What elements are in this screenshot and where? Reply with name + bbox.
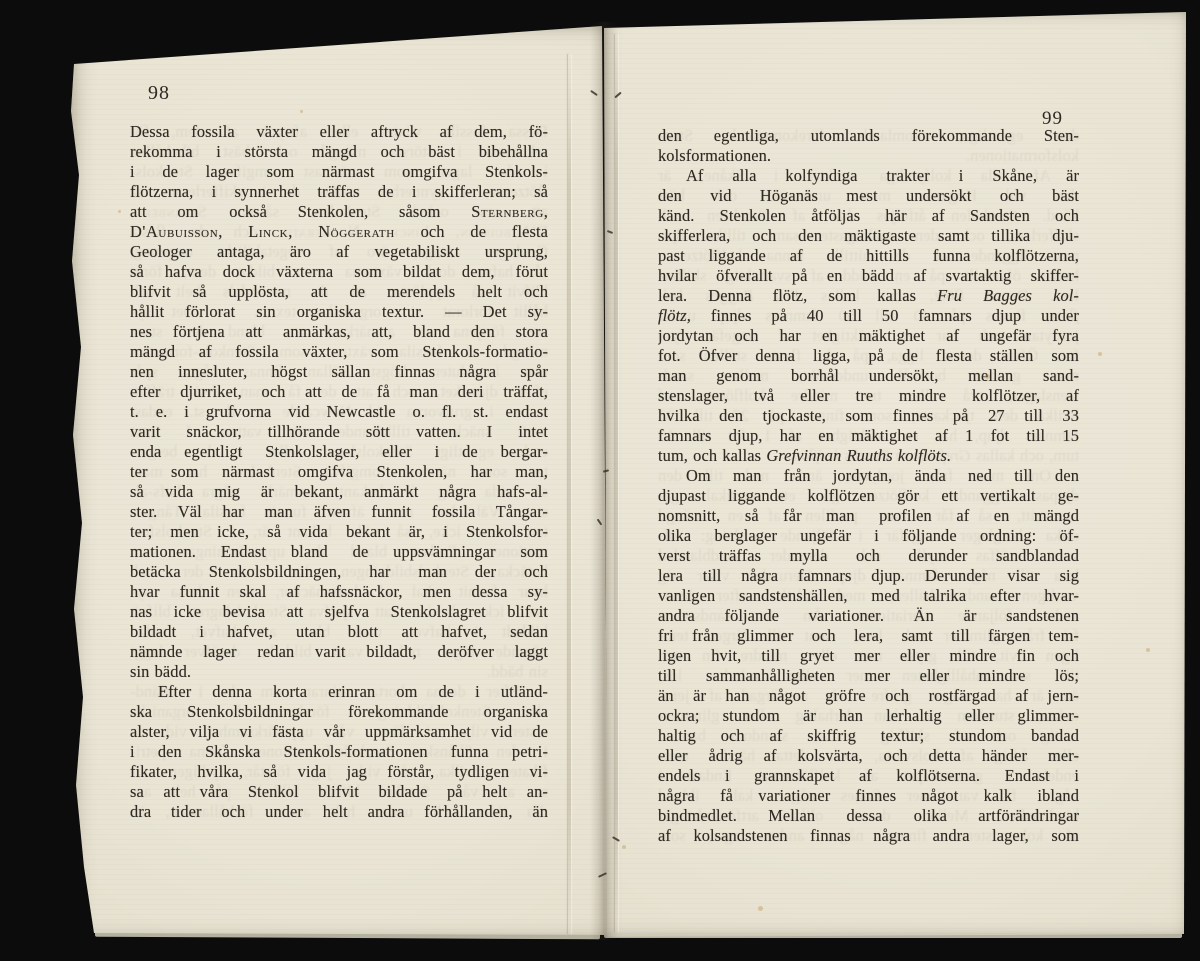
text-segment: ockra; stundom är han lerhaltig eller gl… — [658, 706, 1079, 725]
text-line: flötz, finnes på 40 till 50 famnars djup… — [658, 306, 1079, 326]
foxing-spot — [758, 906, 763, 911]
text-line: än är han något gröfre och rostfärgad af… — [658, 686, 1079, 706]
text-segment: mationen. Endast bland de uppsvämningar … — [130, 542, 548, 561]
text-line: den vid Höganäs mest undersökt och bäst — [658, 186, 1079, 206]
text-line: till sammanhålligheten mer eller mindre … — [658, 666, 1079, 686]
text-line: ska Stenkolsbildningar förekommande orga… — [130, 702, 548, 722]
text-segment: mängd af fossila växter, som Stenkols-fo… — [130, 342, 548, 361]
text-segment: den egentliga, utomlands förekommande St… — [658, 126, 1079, 145]
text-line: hållit förlorat sin organiska textur. — … — [130, 302, 548, 322]
text-line: mängd af fossila växter, som Stenkols-fo… — [130, 342, 548, 362]
text-segment: hållit förlorat sin organiska textur. — … — [130, 302, 548, 321]
text-segment: , — [218, 222, 248, 241]
text-line: hvilar öfverallt på en bädd af svartakti… — [658, 266, 1079, 286]
text-segment: så vida mig är bekant, anmärkt några haf… — [130, 482, 548, 501]
text-line: past liggande af de hittills funna kolfl… — [658, 246, 1079, 266]
text-segment: hvilka den tjockaste, som finnes på 27 t… — [658, 406, 1079, 425]
text-line: sa att våra Stenkol blifvit bildade på h… — [130, 782, 548, 802]
text-line: sin bädd. — [130, 662, 548, 682]
text-segment: famnars djup, har en mäktighet af 1 fot … — [658, 426, 1079, 445]
foxing-spot — [622, 845, 626, 849]
text-line: Efter denna korta erinran om de i utländ… — [130, 682, 548, 702]
text-line: att om också Stenkolen, såsom Sternberg, — [130, 202, 548, 222]
text-segment: så hafva dock växterna som bildat dem, f… — [130, 262, 548, 281]
text-segment: Linck — [248, 222, 288, 241]
text-line: djupast liggande kolflötzen gör ett vert… — [658, 486, 1079, 506]
text-segment: i den Skånska Stenkols-formationen funna… — [130, 742, 548, 761]
text-segment: , — [544, 202, 548, 221]
text-line: Af alla kolfyndiga trakter i Skåne, är — [658, 166, 1079, 186]
text-segment: kolsformationen. — [658, 146, 771, 165]
text-line: dra tider och under helt andra förhållan… — [130, 802, 548, 822]
text-line: Dessa fossila växter eller aftryck af de… — [130, 122, 548, 142]
text-segment: fikater, hvilka, så vida jag förstår, ty… — [130, 762, 548, 781]
foxing-spot — [1098, 352, 1102, 356]
text-segment: Dessa fossila växter eller aftryck af de… — [130, 122, 548, 141]
text-line: fot. Öfver denna ligga, på de flesta stä… — [658, 346, 1079, 366]
book-spine — [590, 22, 618, 940]
text-segment: Sternberg — [471, 202, 544, 221]
text-line: betäcka Stenkolsbildningen, har man der … — [130, 562, 548, 582]
text-line: varit snäckor, tillhörande sött vatten. … — [130, 422, 548, 442]
page-number-right: 99 — [1042, 108, 1063, 130]
text-segment: och de flesta — [395, 222, 548, 241]
text-line: tum, och kallas Grefvinnan Ruuths kolflö… — [658, 446, 1079, 466]
book-page-left: Dessa fossila växter eller aftryck af de… — [70, 24, 610, 941]
text-segment: olika berglager ungefär i följande ordni… — [658, 526, 1079, 545]
text-segment: nämnde lager redan varit bildadt, deröfv… — [130, 642, 548, 661]
text-line: nen innesluter, högst sällan finnas någr… — [130, 362, 548, 382]
text-line: bildadt i hafvet, utan blott att hafvet,… — [130, 622, 548, 642]
text-segment: nomsnitt, så får man profilen af en mäng… — [658, 506, 1079, 525]
text-segment: ter; men icke, så vida bekant är, i Sten… — [130, 522, 548, 541]
text-segment: fot. Öfver denna ligga, på de flesta stä… — [658, 346, 1079, 365]
text-segment: finnes på 40 till 50 famnars djup under — [691, 306, 1079, 325]
foxing-spot — [985, 374, 990, 379]
text-line: lera till några famnars djup. Derunder v… — [658, 566, 1079, 586]
text-segment: andra följande variationer. Än är sandst… — [658, 606, 1079, 625]
text-segment: sa att våra Stenkol blifvit bildade på h… — [130, 782, 548, 801]
text-segment: af kolsandstenen finnas några andra lage… — [658, 826, 1079, 845]
text-line: man genom borrhål undersökt, mellan sand… — [658, 366, 1079, 386]
text-segment: stenslager, två eller tre mindre kolflöt… — [658, 386, 1079, 405]
text-line: Om man från jordytan, ända ned till den — [658, 466, 1079, 486]
text-line: vanligen sandstenshällen, med talrika ef… — [658, 586, 1079, 606]
text-segment: lera. Denna flötz, som kallas — [658, 286, 937, 305]
text-line: alster, vilja vi fästa vår uppmärksamhet… — [130, 722, 548, 742]
text-line: stenslager, två eller tre mindre kolflöt… — [658, 386, 1079, 406]
text-segment: ligen hvit, till gryet mer eller mindre … — [658, 646, 1079, 665]
text-segment: flötz, — [658, 306, 691, 325]
text-segment: Grefvinnan Ruuths kolflöts. — [766, 446, 951, 465]
text-line: bindmedlet. Mellan dessa olika artföränd… — [658, 806, 1079, 826]
text-line: eller ådrig af kolsvärta, och detta händ… — [658, 746, 1079, 766]
text-segment: nen innesluter, högst sällan finnas någr… — [130, 362, 548, 381]
foxing-spot — [300, 110, 303, 113]
text-line: af kolsandstenen finnas några andra lage… — [658, 826, 1079, 846]
text-segment: ter som närmast omgifva Stenkolen, har m… — [130, 462, 548, 481]
page-number-left: 98 — [148, 82, 170, 105]
text-segment: flötzerna, i synnerhet träffas de i skif… — [130, 182, 548, 201]
text-segment: dra tider och under helt andra förhållan… — [130, 802, 548, 821]
text-line: några få variationer finnes något kalk i… — [658, 786, 1079, 806]
text-line: fikater, hvilka, så vida jag förstår, ty… — [130, 762, 548, 782]
text-line: nas icke bevisa att sjelfva Stenkolslagr… — [130, 602, 548, 622]
text-segment: än är han något gröfre och rostfärgad af… — [658, 686, 1079, 705]
text-segment: alster, vilja vi fästa vår uppmärksamhet… — [130, 722, 548, 741]
text-line: hvar funnit skal af hafssnäckor, men des… — [130, 582, 548, 602]
foxing-spot — [1146, 648, 1150, 652]
text-line: famnars djup, har en mäktighet af 1 fot … — [658, 426, 1079, 446]
text-segment: hvar funnit skal af hafssnäckor, men des… — [130, 582, 548, 601]
text-line: lera. Denna flötz, som kallas Fru Bagges… — [658, 286, 1079, 306]
text-segment: rekomma i största mängd och bäst bibehål… — [130, 142, 548, 161]
text-segment: ska Stenkolsbildningar förekommande orga… — [130, 702, 548, 721]
text-segment: eller ådrig af kolsvärta, och detta händ… — [658, 746, 1079, 765]
text-line: jordytan och har en mäktighet af ungefär… — [658, 326, 1079, 346]
book-spread-photo: Dessa fossila växter eller aftryck af de… — [0, 0, 1200, 961]
text-line: hvilka den tjockaste, som finnes på 27 t… — [658, 406, 1079, 426]
text-line: så hafva dock växterna som bildat dem, f… — [130, 262, 548, 282]
text-segment: vanligen sandstenshällen, med talrika ef… — [658, 586, 1079, 605]
text-segment: , — [288, 222, 318, 241]
text-line: i den Skånska Stenkols-formationen funna… — [130, 742, 548, 762]
text-segment: känd. Stenkolen åtföljas här af Sandsten… — [658, 206, 1079, 225]
text-segment: fri från glimmer och lera, samt till fär… — [658, 626, 1079, 645]
text-line: rekomma i största mängd och bäst bibehål… — [130, 142, 548, 162]
text-segment: varit snäckor, tillhörande sött vatten. … — [130, 422, 548, 441]
text-line: blifvit så upplösta, att de merendels he… — [130, 282, 548, 302]
text-segment: Geologer antaga, äro af vegetabiliskt ur… — [130, 242, 548, 261]
text-segment: ster. Väl har man äfven funnit fossila T… — [130, 502, 548, 521]
text-line: ter som närmast omgifva Stenkolen, har m… — [130, 462, 548, 482]
text-segment: nes förtjena att anmärkas, att, bland de… — [130, 322, 548, 341]
text-line: flötzerna, i synnerhet träffas de i skif… — [130, 182, 548, 202]
text-line: nämnde lager redan varit bildadt, deröfv… — [130, 642, 548, 662]
text-segment: tum, och kallas — [658, 446, 766, 465]
text-segment: verst träffas mylla och derunder sandbla… — [658, 546, 1079, 565]
text-line: mationen. Endast bland de uppsvämningar … — [130, 542, 548, 562]
text-segment: Nöggerath — [318, 222, 395, 241]
text-line: skifferlera, och den mäktigaste samt til… — [658, 226, 1079, 246]
text-line: t. e. i grufvorna vid Newcastle o. fl. s… — [130, 402, 548, 422]
text-segment: blifvit så upplösta, att de merendels he… — [130, 282, 548, 301]
text-segment: D'Aubuisson — [130, 222, 218, 241]
text-line: andra följande variationer. Än är sandst… — [658, 606, 1079, 626]
text-segment: man genom borrhål undersökt, mellan sand… — [658, 366, 1079, 385]
text-line: så vida mig är bekant, anmärkt några haf… — [130, 482, 548, 502]
text-segment: jordytan och har en mäktighet af ungefär… — [658, 326, 1079, 345]
text-line: fri från glimmer och lera, samt till fär… — [658, 626, 1079, 646]
text-line: verst träffas mylla och derunder sandbla… — [658, 546, 1079, 566]
text-line: känd. Stenkolen åtföljas här af Sandsten… — [658, 206, 1079, 226]
text-segment: t. e. i grufvorna vid Newcastle o. fl. s… — [130, 402, 548, 421]
text-segment: lera till några famnars djup. Derunder v… — [658, 566, 1079, 585]
text-column-left: Dessa fossila växter eller aftryck af de… — [130, 122, 548, 822]
text-segment: i de lager som närmast omgifva Stenkols- — [130, 162, 548, 181]
text-line: endels i grannskapet af kolflötserna. En… — [658, 766, 1079, 786]
text-line: nes förtjena att anmärkas, att, bland de… — [130, 322, 548, 342]
text-segment: skifferlera, och den mäktigaste samt til… — [658, 226, 1079, 245]
text-segment: djupast liggande kolflötzen gör ett vert… — [658, 486, 1079, 505]
text-segment: att om också Stenkolen, såsom — [130, 202, 471, 221]
text-line: enda egentligt Stenkolslager, eller i de… — [130, 442, 548, 462]
page-crease-left — [568, 54, 571, 934]
text-line: i de lager som närmast omgifva Stenkols- — [130, 162, 548, 182]
text-line: Geologer antaga, äro af vegetabiliskt ur… — [130, 242, 548, 262]
text-segment: några få variationer finnes något kalk i… — [658, 786, 1079, 805]
text-segment: efter djurriket, och att de få man deri … — [130, 382, 548, 401]
text-segment: hvilar öfverallt på en bädd af svartakti… — [658, 266, 1079, 285]
text-segment: betäcka Stenkolsbildningen, har man der … — [130, 562, 548, 581]
text-line: efter djurriket, och att de få man deri … — [130, 382, 548, 402]
text-segment: endels i grannskapet af kolflötserna. En… — [658, 766, 1079, 785]
text-line: olika berglager ungefär i följande ordni… — [658, 526, 1079, 546]
book-page-right: den egentliga, utomlands förekommande St… — [598, 8, 1190, 940]
text-line: ter; men icke, så vida bekant är, i Sten… — [130, 522, 548, 542]
text-line: ster. Väl har man äfven funnit fossila T… — [130, 502, 548, 522]
text-segment: sin bädd. — [130, 662, 191, 681]
text-segment: bindmedlet. Mellan dessa olika artföränd… — [658, 806, 1079, 825]
text-segment: Fru Bagges kol- — [937, 286, 1079, 305]
text-segment: den vid Höganäs mest undersökt och bäst — [658, 186, 1079, 205]
text-segment: haltig och af skiffrig textur; stundom b… — [658, 726, 1079, 745]
text-line: kolsformationen. — [658, 146, 1079, 166]
text-column-right: den egentliga, utomlands förekommande St… — [658, 126, 1079, 846]
foxing-spot — [118, 210, 121, 213]
text-segment: nas icke bevisa att sjelfva Stenkolslagr… — [130, 602, 548, 621]
text-line: haltig och af skiffrig textur; stundom b… — [658, 726, 1079, 746]
text-line: ockra; stundom är han lerhaltig eller gl… — [658, 706, 1079, 726]
text-segment: Af alla kolfyndiga trakter i Skåne, är — [686, 166, 1079, 185]
text-segment: past liggande af de hittills funna kolfl… — [658, 246, 1079, 265]
text-line: den egentliga, utomlands förekommande St… — [658, 126, 1079, 146]
text-segment: till sammanhålligheten mer eller mindre … — [658, 666, 1079, 685]
text-line: D'Aubuisson, Linck, Nöggerath och de fle… — [130, 222, 548, 242]
text-segment: Efter denna korta erinran om de i utländ… — [158, 682, 548, 701]
text-segment: enda egentligt Stenkolslager, eller i de… — [130, 442, 548, 461]
text-line: nomsnitt, så får man profilen af en mäng… — [658, 506, 1079, 526]
text-line: ligen hvit, till gryet mer eller mindre … — [658, 646, 1079, 666]
text-segment: bildadt i hafvet, utan blott att hafvet,… — [130, 622, 548, 641]
text-segment: Om man från jordytan, ända ned till den — [686, 466, 1079, 485]
